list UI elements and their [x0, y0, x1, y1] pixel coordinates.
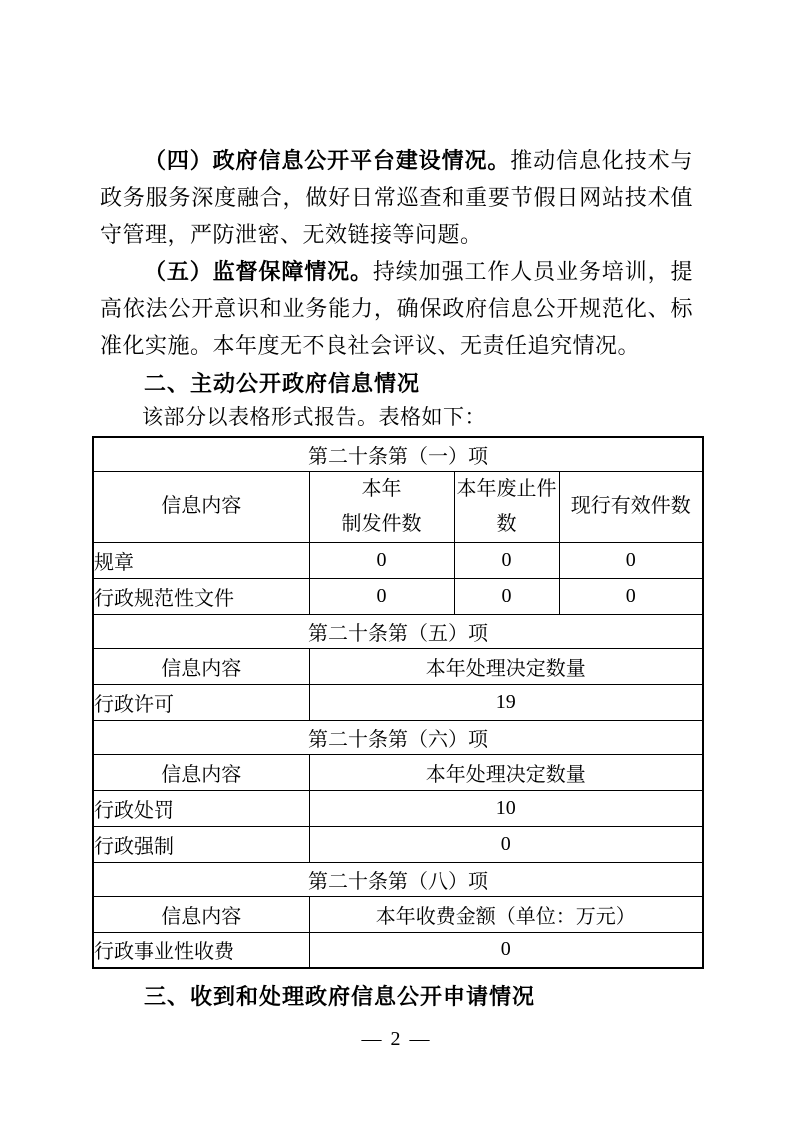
col-header-decision-count: 本年处理决定数量 [309, 648, 703, 684]
col-header-info-content: 信息内容 [93, 896, 309, 932]
cell-value: 0 [559, 542, 703, 578]
table-row: 行政事业性收费 0 [93, 932, 703, 968]
row-label: 行政强制 [93, 826, 309, 862]
section-heading-3: 三、收到和处理政府信息公开申请情况 [92, 981, 702, 1013]
table-row: 行政规范性文件 0 0 0 [93, 578, 703, 614]
section-heading-2: 二、主动公开政府信息情况 [92, 368, 702, 400]
row-label: 行政许可 [93, 684, 309, 720]
cell-value: 0 [454, 578, 559, 614]
document-page: （四）政府信息公开平台建设情况。推动信息化技术与政务服务深度融合，做好日常巡查和… [0, 0, 793, 1122]
page-content: （四）政府信息公开平台建设情况。推动信息化技术与政务服务深度融合，做好日常巡查和… [92, 142, 702, 1013]
col-header-info-content: 信息内容 [93, 471, 309, 542]
paragraph-platform-construction: （四）政府信息公开平台建设情况。推动信息化技术与政务服务深度融合，做好日常巡查和… [100, 142, 693, 253]
col-header-info-content: 信息内容 [93, 648, 309, 684]
table-section-title: 第二十条第（五）项 [93, 614, 703, 648]
paragraph-lead: （四）政府信息公开平台建设情况。 [144, 148, 510, 173]
col-header-effective-count: 现行有效件数 [559, 471, 703, 542]
table-row: 行政处罚 10 [93, 790, 703, 826]
col-header-repealed-count: 本年废止件 数 [454, 471, 559, 542]
intro-line: 该部分以表格形式报告。表格如下： [100, 400, 693, 434]
cell-value: 0 [309, 542, 454, 578]
page-number: — 2 — [0, 1028, 793, 1051]
table-section-title: 第二十条第（一）项 [93, 437, 703, 471]
table-row: 行政强制 0 [93, 826, 703, 862]
row-label: 规章 [93, 542, 309, 578]
cell-value: 0 [309, 826, 703, 862]
table-row: 规章 0 0 0 [93, 542, 703, 578]
col-header-info-content: 信息内容 [93, 754, 309, 790]
col-header-fee-amount: 本年收费金额（单位：万元） [309, 896, 703, 932]
paragraph-lead: （五）监督保障情况。 [144, 259, 373, 284]
paragraph-supervision: （五）监督保障情况。持续加强工作人员业务培训，提高依法公开意识和业务能力，确保政… [100, 253, 693, 364]
cell-value: 19 [309, 684, 703, 720]
cell-value: 10 [309, 790, 703, 826]
cell-value: 0 [309, 932, 703, 968]
table-row: 行政许可 19 [93, 684, 703, 720]
row-label: 行政处罚 [93, 790, 309, 826]
col-header-issued-count: 本年 制发件数 [309, 471, 454, 542]
cell-value: 0 [454, 542, 559, 578]
table-section-title: 第二十条第（六）项 [93, 720, 703, 754]
disclosure-table: 第二十条第（一）项 信息内容 本年 制发件数 本年废止件 数 现行有效件数 规章… [92, 436, 704, 969]
row-label: 行政事业性收费 [93, 932, 309, 968]
table-section-title: 第二十条第（八）项 [93, 862, 703, 896]
row-label: 行政规范性文件 [93, 578, 309, 614]
cell-value: 0 [559, 578, 703, 614]
col-header-decision-count: 本年处理决定数量 [309, 754, 703, 790]
cell-value: 0 [309, 578, 454, 614]
